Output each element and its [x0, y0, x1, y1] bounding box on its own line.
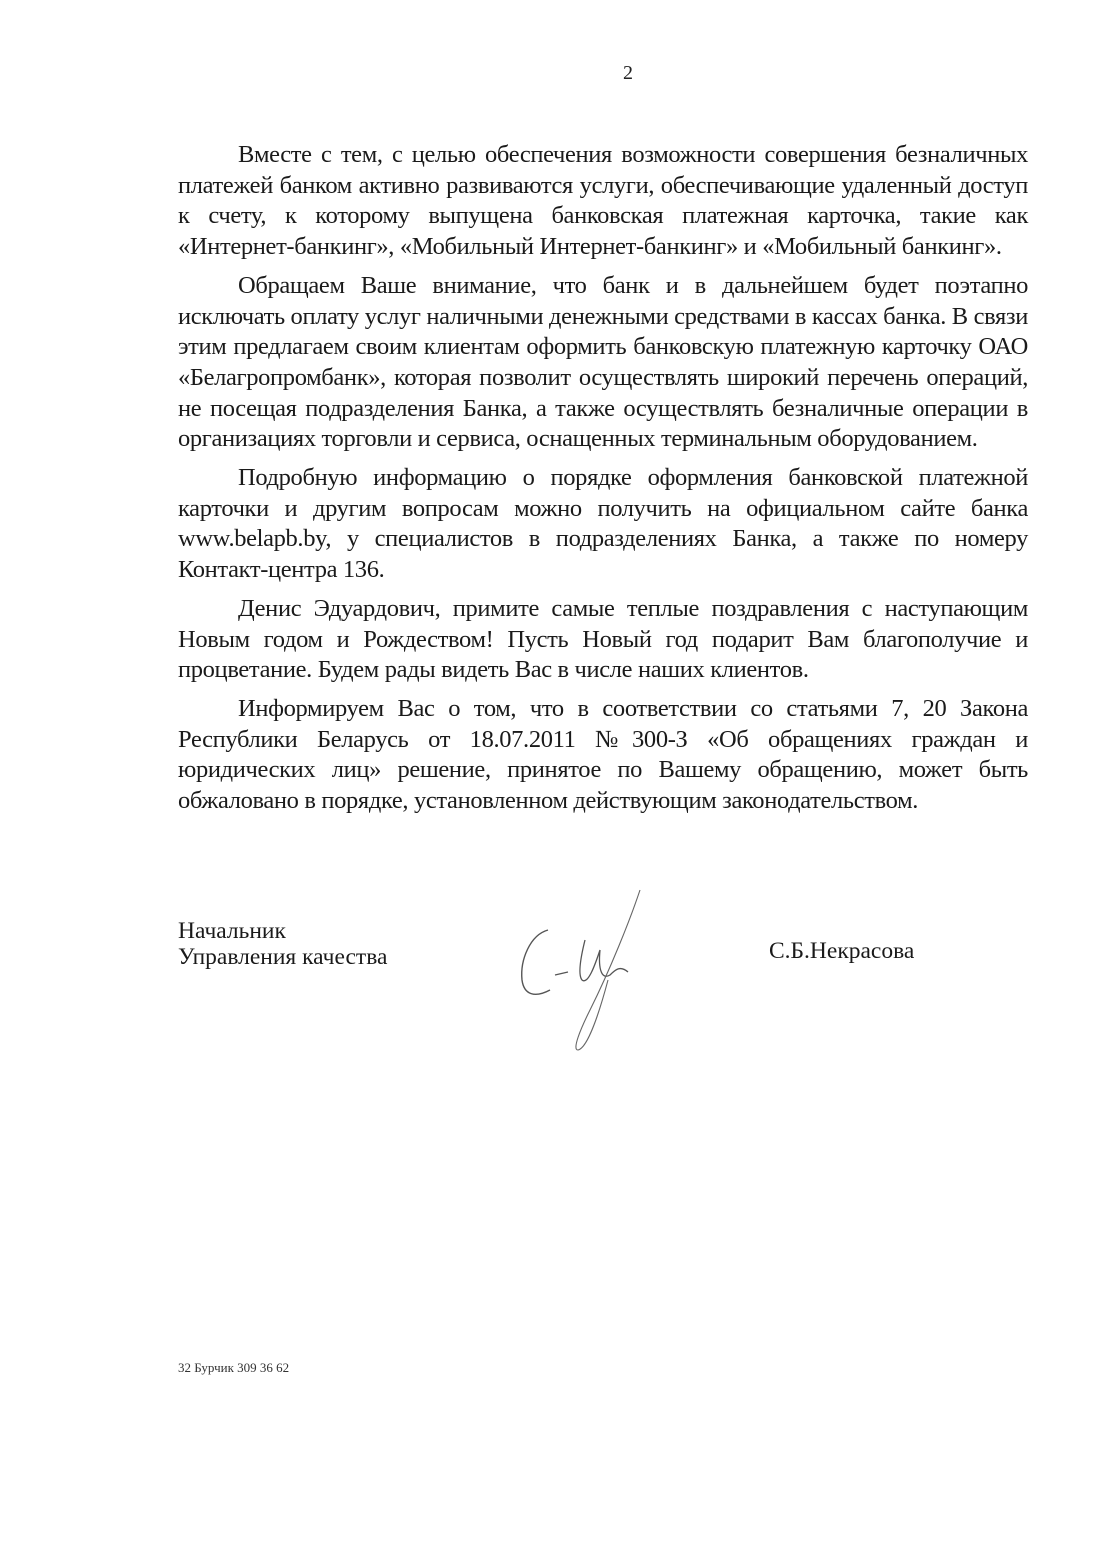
paragraph-greetings: Денис Эдуардович, примите самые теплые п…: [178, 594, 1028, 686]
paragraph-appeal-notice: Информируем Вас о том, что в соответстви…: [178, 694, 1028, 817]
signatory-title: Начальник Управления качества: [178, 918, 387, 970]
paragraph-remote-services: Вместе с тем, с целью обеспечения возмож…: [178, 140, 1028, 263]
signatory-title-line2: Управления качества: [178, 944, 387, 970]
paragraph-cash-payments: Обращаем Ваше внимание, что банк и в дал…: [178, 271, 1028, 455]
handwritten-signature-icon: [500, 880, 700, 1060]
letter-body: Вместе с тем, с целью обеспечения возмож…: [178, 140, 1028, 825]
executor-note: 32 Бурчик 309 36 62: [178, 1360, 289, 1376]
signatory-name: С.Б.Некрасова: [769, 938, 914, 964]
paragraph-more-info: Подробную информацию о порядке оформлени…: [178, 463, 1028, 586]
page-number: 2: [0, 62, 1100, 85]
signatory-title-line1: Начальник: [178, 918, 387, 944]
